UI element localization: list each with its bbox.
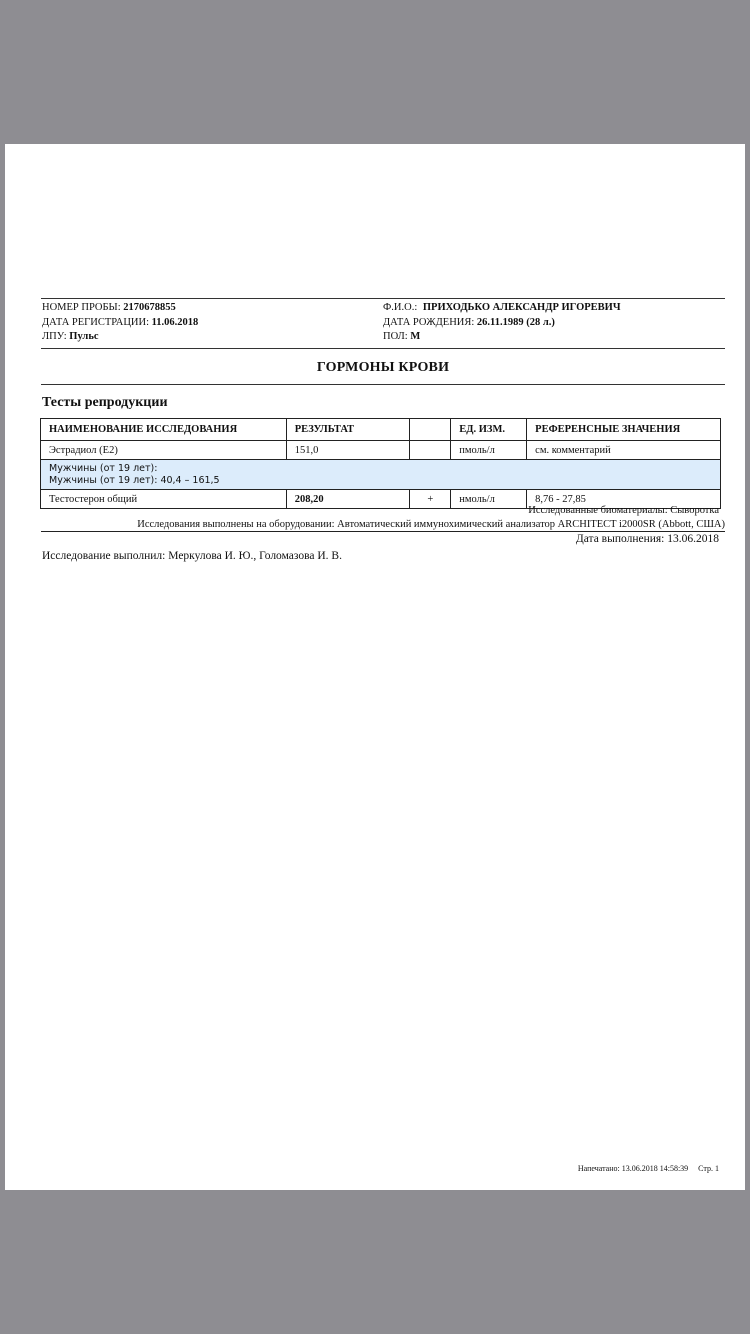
sex-label: ПОЛ: [383, 331, 408, 342]
header-bottom-rule [41, 348, 725, 349]
registration-date-value: 11.06.2018 [152, 317, 199, 328]
birth-date-value: 26.11.1989 (28 л.) [477, 317, 555, 328]
sex: ПОЛ: М [383, 330, 420, 344]
column-header-result: РЕЗУЛЬТАТ [286, 419, 410, 441]
section-title: Тесты репродукции [42, 395, 168, 411]
report-page: НОМЕР ПРОБЫ: 2170678855 ДАТА РЕГИСТРАЦИИ… [5, 144, 745, 1190]
column-header-reference: РЕФЕРЕНСНЫЕ ЗНАЧЕНИЯ [527, 419, 721, 441]
sample-number: НОМЕР ПРОБЫ: 2170678855 [42, 301, 176, 315]
test-name: Эстрадиол (Е2) [41, 441, 287, 460]
test-flag [410, 441, 451, 460]
registration-date-label: ДАТА РЕГИСТРАЦИИ: [42, 317, 149, 328]
test-unit: пмоль/л [451, 441, 527, 460]
sex-value: М [410, 331, 420, 342]
test-result: 208,20 [286, 490, 410, 509]
comment-line: Мужчины (от 19 лет): [49, 463, 712, 475]
birth-date-label: ДАТА РОЖДЕНИЯ: [383, 317, 474, 328]
patient-name-value: ПРИХОДЬКО АЛЕКСАНДР ИГОРЕВИЧ [423, 302, 621, 313]
registration-date: ДАТА РЕГИСТРАЦИИ: 11.06.2018 [42, 316, 198, 330]
test-name: Тестостерон общий [41, 490, 287, 509]
patient-name-label: Ф.И.О.: [383, 302, 417, 313]
results-table: НАИМЕНОВАНИЕ ИССЛЕДОВАНИЯ РЕЗУЛЬТАТ ЕД. … [40, 418, 721, 509]
clinic-value: Пульс [69, 331, 98, 342]
sample-number-value: 2170678855 [123, 302, 176, 313]
clinic-label: ЛПУ: [42, 331, 67, 342]
print-footer: Напечатано: 13.06.2018 14:58:39 Стр. 1 [578, 1164, 719, 1173]
test-result: 151,0 [286, 441, 410, 460]
birth-date: ДАТА РОЖДЕНИЯ: 26.11.1989 (28 л.) [383, 316, 555, 330]
table-header-row: НАИМЕНОВАНИЕ ИССЛЕДОВАНИЯ РЕЗУЛЬТАТ ЕД. … [41, 419, 721, 441]
sample-number-label: НОМЕР ПРОБЫ: [42, 302, 121, 313]
title-rule [41, 384, 725, 385]
test-reference: см. комментарий [527, 441, 721, 460]
clinic: ЛПУ: Пульс [42, 330, 99, 344]
column-header-flag [410, 419, 451, 441]
column-header-unit: ЕД. ИЗМ. [451, 419, 527, 441]
completion-date: Дата выполнения: 13.06.2018 [576, 533, 719, 545]
test-unit: нмоль/л [451, 490, 527, 509]
equipment-note: Исследования выполнены на оборудовании: … [41, 518, 725, 532]
header-top-rule [41, 298, 725, 299]
printed-timestamp: Напечатано: 13.06.2018 14:58:39 [578, 1164, 688, 1173]
comment-line: Мужчины (от 19 лет): 40,4 – 161,5 [49, 475, 712, 487]
patient-name: Ф.И.О.: ПРИХОДЬКО АЛЕКСАНДР ИГОРЕВИЧ [383, 301, 621, 315]
reference-comment: Мужчины (от 19 лет): Мужчины (от 19 лет)… [41, 460, 721, 490]
table-row: Эстрадиол (Е2) 151,0 пмоль/л см. коммент… [41, 441, 721, 460]
performed-by: Исследование выполнил: Меркулова И. Ю., … [42, 550, 342, 562]
test-flag: + [410, 490, 451, 509]
report-title: ГОРМОНЫ КРОВИ [41, 360, 725, 376]
biomaterial-note: Исследованные биоматериалы: Сыворотка [528, 505, 719, 516]
table-comment-row: Мужчины (от 19 лет): Мужчины (от 19 лет)… [41, 460, 721, 490]
column-header-test-name: НАИМЕНОВАНИЕ ИССЛЕДОВАНИЯ [41, 419, 287, 441]
page-number: Стр. 1 [698, 1164, 719, 1173]
